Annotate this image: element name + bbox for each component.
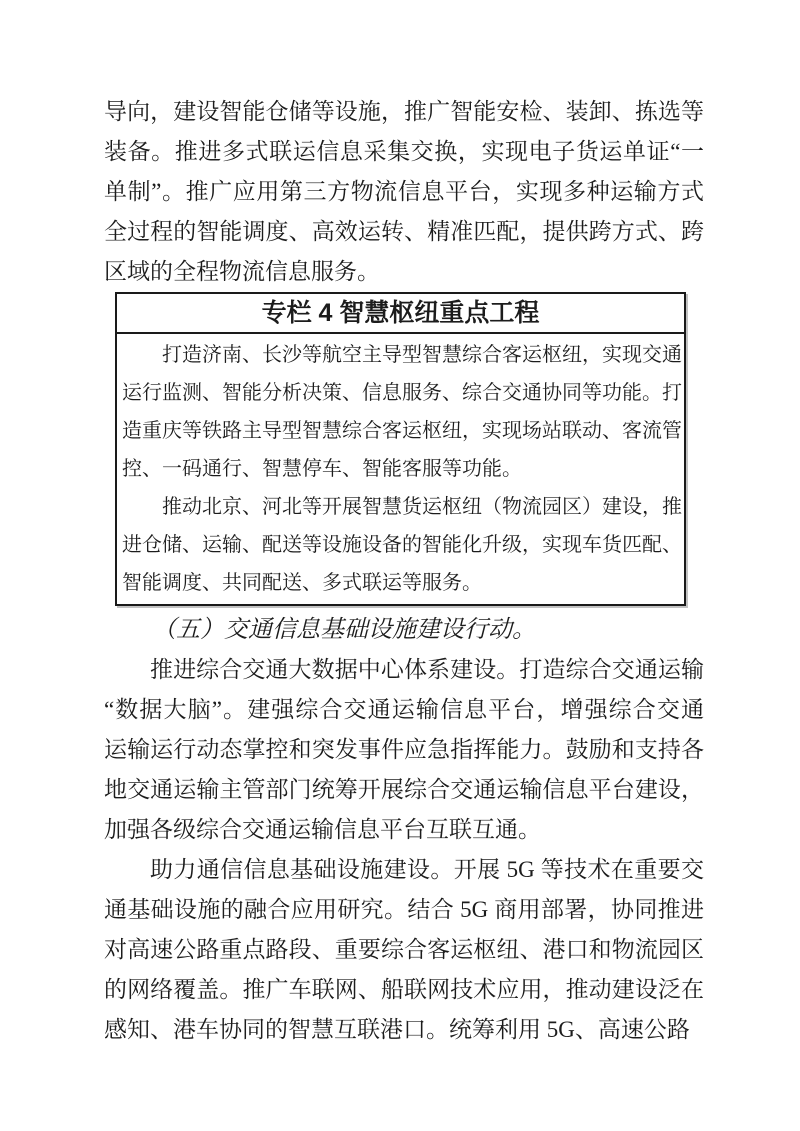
text-line: 导向，建设智能仓储等设施，推广智能安检、装卸、拣选等 — [104, 92, 704, 132]
text-line: 推进综合交通大数据中心体系建设。打造综合交通运输 — [104, 650, 704, 690]
text-line: 打造济南、长沙等航空主导型智慧综合客运枢纽，实现交通 — [122, 336, 679, 374]
text-line: 全过程的智能调度、高效运转、精准匹配，提供跨方式、跨 — [104, 212, 704, 252]
paragraph-big-data-center: 推进综合交通大数据中心体系建设。打造综合交通运输“数据大脑”。建强综合交通运输信… — [104, 650, 704, 850]
text-line: 对高速公路重点路段、重要综合客运枢纽、港口和物流园区 — [104, 930, 704, 970]
text-line: 推动北京、河北等开展智慧货运枢纽（物流园区）建设，推 — [122, 488, 679, 526]
text-line: 地交通运输主管部门统筹开展综合交通运输信息平台建设， — [104, 770, 704, 810]
text-line: 造重庆等铁路主导型智慧综合客运枢纽，实现场站联动、客流管 — [122, 412, 679, 450]
section-heading-five: （五）交通信息基础设施建设行动。 — [104, 610, 704, 650]
text-line: 的网络覆盖。推广车联网、船联网技术应用，推动建设泛在 — [104, 970, 704, 1010]
box-paragraph-freight-hubs: 推动北京、河北等开展智慧货运枢纽（物流园区）建设，推进仓储、运输、配送等设施设备… — [122, 488, 679, 602]
text-line: 运行监测、智能分析决策、信息服务、综合交通协同等功能。打 — [122, 374, 679, 412]
text-line: 通基础设施的融合应用研究。结合 5G 商用部署，协同推进 — [104, 890, 704, 930]
callout-box-column4: 专栏 4 智慧枢纽重点工程 打造济南、长沙等航空主导型智慧综合客运枢纽，实现交通… — [115, 292, 686, 606]
paragraph-communication-infrastructure: 助力通信信息基础设施建设。开展 5G 等技术在重要交通基础设施的融合应用研究。结… — [104, 850, 704, 1050]
text-line: 运输运行动态掌控和突发事件应急指挥能力。鼓励和支持各 — [104, 730, 704, 770]
text-line: 智能调度、共同配送、多式联运等服务。 — [122, 564, 679, 602]
text-line: 装备。推进多式联运信息采集交换，实现电子货运单证“一 — [104, 132, 704, 172]
page-content: 导向，建设智能仓储等设施，推广智能安检、装卸、拣选等装备。推进多式联运信息采集交… — [104, 92, 704, 1050]
text-line: 控、一码通行、智慧停车、智能客服等功能。 — [122, 450, 679, 488]
box-paragraph-passenger-hubs: 打造济南、长沙等航空主导型智慧综合客运枢纽，实现交通运行监测、智能分析决策、信息… — [122, 336, 679, 488]
text-line: 单制”。推广应用第三方物流信息平台，实现多种运输方式 — [104, 172, 704, 212]
text-line: 区域的全程物流信息服务。 — [104, 252, 704, 292]
text-line: 进仓储、运输、配送等设施设备的智能化升级，实现车货匹配、 — [122, 526, 679, 564]
callout-box-body: 打造济南、长沙等航空主导型智慧综合客运枢纽，实现交通运行监测、智能分析决策、信息… — [117, 334, 684, 604]
text-line: 加强各级综合交通运输信息平台互联互通。 — [104, 810, 704, 850]
document-page: 导向，建设智能仓储等设施，推广智能安检、装卸、拣选等装备。推进多式联运信息采集交… — [0, 0, 800, 1131]
text-line: “数据大脑”。建强综合交通运输信息平台，增强综合交通 — [104, 690, 704, 730]
text-line: 助力通信信息基础设施建设。开展 5G 等技术在重要交 — [104, 850, 704, 890]
text-line: 感知、港车协同的智慧互联港口。统筹利用 5G、高速公路 — [104, 1010, 704, 1050]
callout-box-title: 专栏 4 智慧枢纽重点工程 — [117, 294, 684, 334]
paragraph-logistics-continuation: 导向，建设智能仓储等设施，推广智能安检、装卸、拣选等装备。推进多式联运信息采集交… — [104, 92, 704, 292]
